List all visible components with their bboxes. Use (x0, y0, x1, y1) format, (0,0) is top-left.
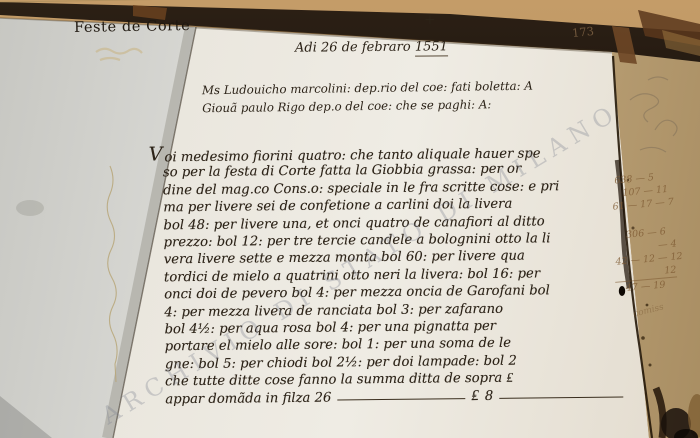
date-prefix: Adi 26 de febraro (295, 40, 415, 56)
margin-calculations: 638 — 5107 — 1161 — 17 — 7306 — 6— 442 —… (606, 167, 700, 296)
initial-letter: V (149, 146, 163, 164)
closing-text: appar domãda in filza 26 (165, 390, 331, 409)
manuscript-body: Voi medesimo fiorini quatro: che tanto a… (149, 143, 624, 409)
date-year: 1551 (415, 39, 448, 56)
manuscript-photo: Feste de Corte + Adi 26 de febraro 1551 … (0, 0, 700, 438)
sum-rule (499, 396, 623, 398)
rubric-feste-de-corte: Feste de Corte (74, 18, 191, 36)
lira-symbol: ₤ (471, 388, 479, 405)
invocation-cross: + (424, 12, 436, 28)
date-line: Adi 26 de febraro 1551 (295, 39, 448, 55)
sum-amount: 8 (485, 388, 494, 405)
address-block: Ms Ludouicho marcolini: dep.rio del coe:… (202, 77, 533, 118)
folio-number: 173 (571, 24, 594, 40)
sum-rule (337, 398, 465, 400)
